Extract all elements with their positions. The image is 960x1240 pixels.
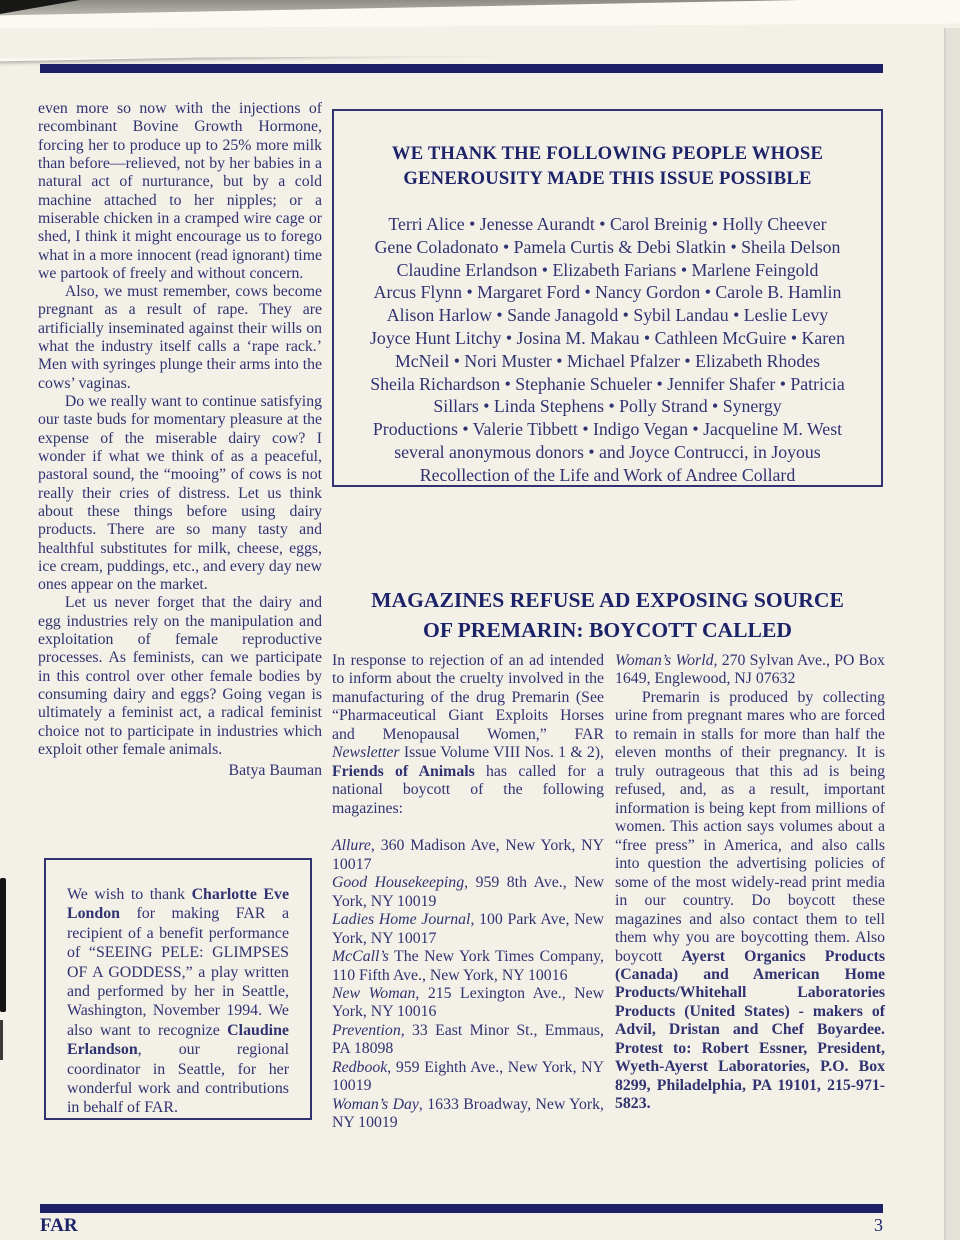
article-paragraph: Do we really want to continue satisfying… <box>38 393 322 594</box>
article-paragraph: even more so now with the injections of … <box>38 100 322 283</box>
footer-page-number: 3 <box>843 1215 883 1236</box>
thanks-box-title: WE THANK THE FOLLOWING PEOPLE WHOSE GENE… <box>334 141 881 191</box>
donor-names-line: several anonymous donors • and Joyce Con… <box>334 441 881 464</box>
article-paragraph: Let us never forget that the dairy and e… <box>38 594 322 759</box>
donor-names-line: Terri Alice • Jenesse Aurandt • Carol Br… <box>334 213 881 236</box>
headline-line: OF PREMARIN: BOYCOTT CALLED <box>332 616 883 646</box>
donor-names-line: Sheila Richardson • Stephanie Schueler •… <box>334 373 881 396</box>
magazine-entry: Woman’s Day, 1633 Broadway, New York, NY… <box>332 1096 604 1133</box>
magazine-entry: Prevention, 33 East Minor St., Emmaus, P… <box>332 1022 604 1059</box>
magazine-entry: Redbook, 959 Eighth Ave., New York, NY 1… <box>332 1059 604 1096</box>
scan-left-edge-artifact-2 <box>0 1020 3 1060</box>
thanks-title-line: GENEROUSITY MADE THIS ISSUE POSSIBLE <box>334 166 881 191</box>
charlotte-note-box: We wish to thank Charlotte Eve London fo… <box>44 858 312 1120</box>
premarin-column-right: Woman’s World, 270 Sylvan Ave., PO Box 1… <box>615 652 885 1114</box>
article-byline: Batya Bauman <box>38 762 322 780</box>
donor-names-list: Terri Alice • Jenesse Aurandt • Carol Br… <box>334 213 881 486</box>
left-article-column: even more so now with the injections of … <box>38 100 322 781</box>
note-box-paragraph: We wish to thank Charlotte Eve London fo… <box>67 885 289 1118</box>
bottom-divider-rule <box>40 1204 883 1213</box>
magazine-entry: McCall’s The New York Times Company, 110… <box>332 948 604 985</box>
donor-names-line: McNeil • Nori Muster • Michael Pfalzer •… <box>334 350 881 373</box>
scan-paper-edge-2 <box>0 23 960 58</box>
magazine-address-list: Allure, 360 Madison Ave, New York, NY 10… <box>332 837 604 1133</box>
scan-corner-artifact <box>0 0 80 14</box>
thanks-box: WE THANK THE FOLLOWING PEOPLE WHOSE GENE… <box>332 109 883 487</box>
premarin-column-left: In response to rejection of an ad intend… <box>332 652 604 1133</box>
donor-names-line: Joyce Hunt Litchy • Josina M. Makau • Ca… <box>334 327 881 350</box>
scan-right-page-edge <box>944 28 947 1240</box>
donor-names-line: Claudine Erlandson • Elizabeth Farians •… <box>334 259 881 282</box>
magazine-entry: Allure, 360 Madison Ave, New York, NY 10… <box>332 837 604 874</box>
article-paragraph: Also, we must remember, cows become preg… <box>38 283 322 393</box>
newsletter-page: even more so now with the injections of … <box>0 0 960 1240</box>
thanks-title-line: WE THANK THE FOLLOWING PEOPLE WHOSE <box>334 141 881 166</box>
magazine-entry: Ladies Home Journal, 100 Park Ave, New Y… <box>332 911 604 948</box>
donor-names-line: Recollection of the Life and Work of And… <box>334 464 881 487</box>
premarin-headline: MAGAZINES REFUSE AD EXPOSING SOURCE OF P… <box>332 586 883 646</box>
donor-names-line: Productions • Valerie Tibbett • Indigo V… <box>334 418 881 441</box>
top-divider-rule <box>40 64 883 73</box>
scan-right-margin <box>947 28 960 1240</box>
premarin-intro-paragraph: In response to rejection of an ad intend… <box>332 652 604 818</box>
magazine-entry: Woman’s World, 270 Sylvan Ave., PO Box 1… <box>615 652 885 689</box>
magazine-entry: Good Housekeeping, 959 8th Ave., New Yor… <box>332 874 604 911</box>
premarin-body-paragraph: Premarin is produced by collecting urine… <box>615 689 885 1114</box>
donor-names-line: Alison Harlow • Sande Janagold • Sybil L… <box>334 304 881 327</box>
donor-names-line: Gene Coladonato • Pamela Curtis & Debi S… <box>334 236 881 259</box>
headline-line: MAGAZINES REFUSE AD EXPOSING SOURCE <box>332 586 883 616</box>
footer-brand: FAR <box>40 1215 78 1237</box>
donor-names-line: Arcus Flynn • Margaret Ford • Nancy Gord… <box>334 281 881 304</box>
donor-names-line: Sillars • Linda Stephens • Polly Strand … <box>334 395 881 418</box>
scan-left-edge-artifact <box>0 878 6 1012</box>
magazine-entry: New Woman, 215 Lexington Ave., New York,… <box>332 985 604 1022</box>
